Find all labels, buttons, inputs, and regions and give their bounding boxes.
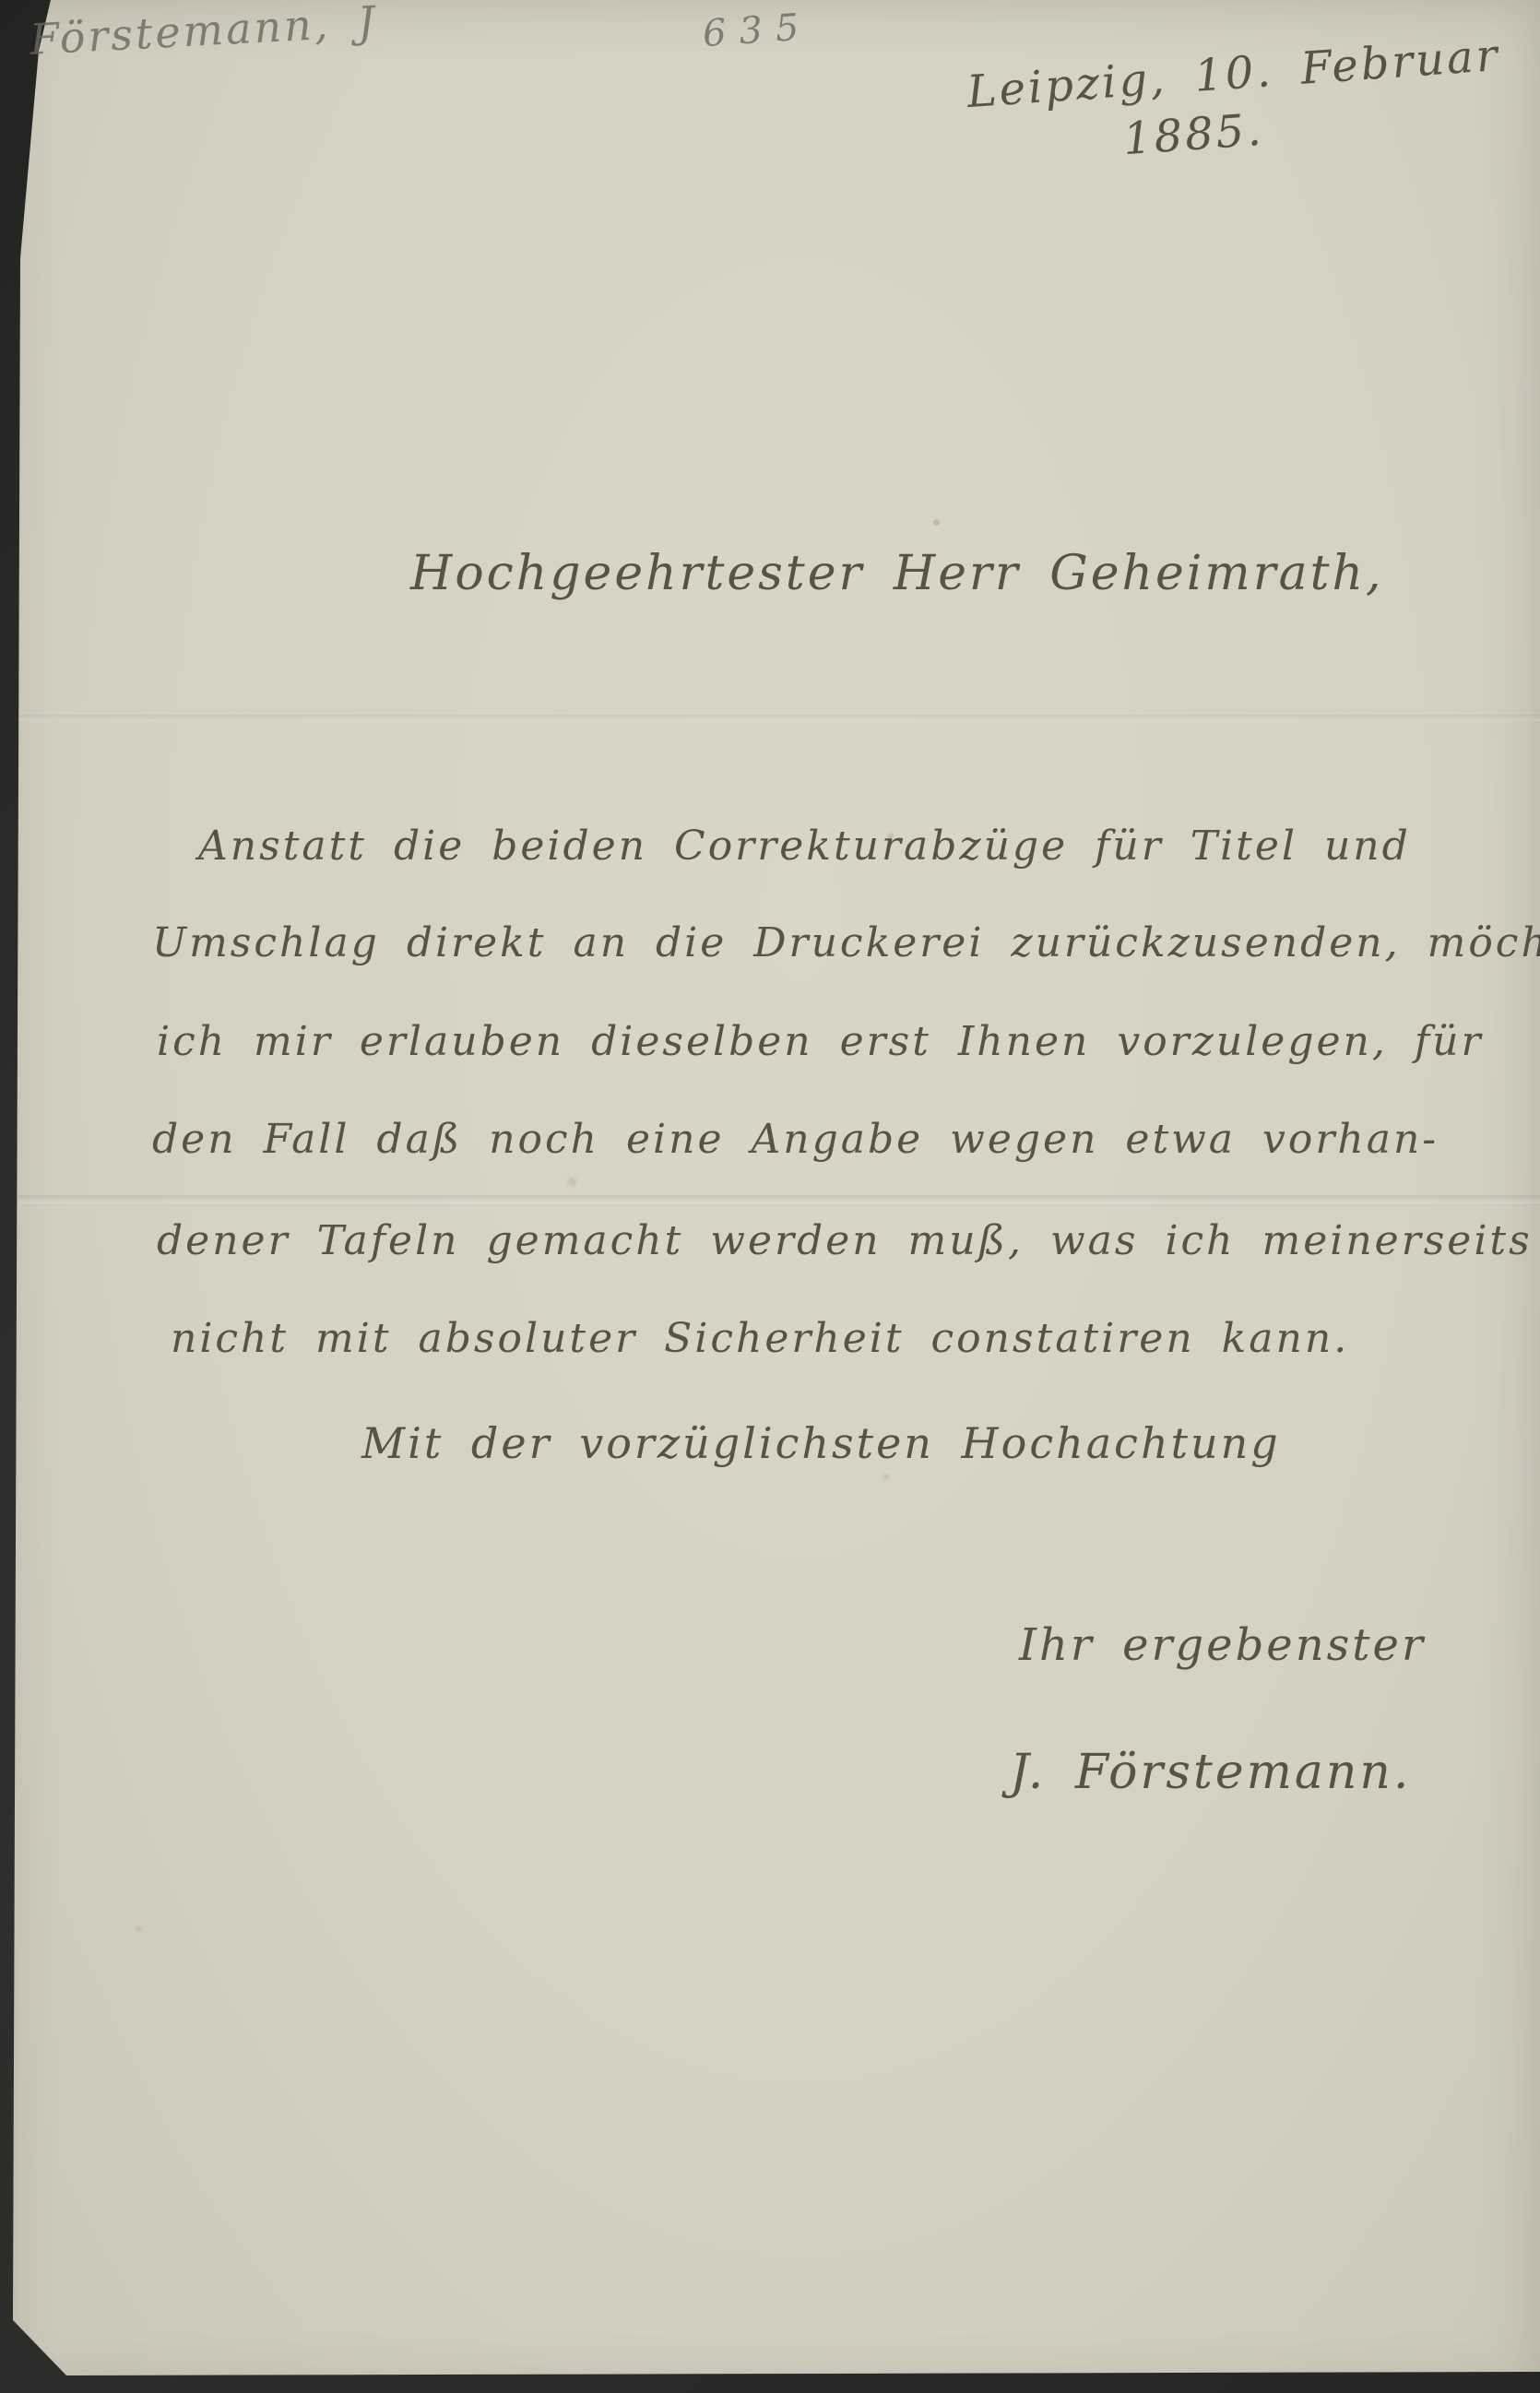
letter-paper-sheet <box>0 0 1540 2393</box>
letter-salutation: Hochgeehrtester Herr Geheimrath, <box>410 546 1384 601</box>
letter-valediction: Ihr ergebenster <box>1019 1619 1426 1671</box>
paper-foxing-spots <box>933 519 940 526</box>
letter-closing-formula: Mit der vorzüglichsten Hochachtung <box>361 1418 1281 1468</box>
letter-body-line: ich mir erlauben dieselben erst Ihnen vo… <box>157 1018 1484 1065</box>
letter-signature: J. Förstemann. <box>1010 1745 1411 1800</box>
letter-body-line: Anstatt die beiden Correkturabzüge für T… <box>198 823 1411 870</box>
letter-body-line: Umschlag direkt an die Druckerei zurückz… <box>152 919 1540 966</box>
scanned-letter-page: Förstemann, J 635 Leipzig, 10. Februar 1… <box>0 0 1540 2393</box>
letter-body-line: dener Tafeln gemacht werden muß, was ich… <box>157 1217 1533 1264</box>
letter-body-line: den Fall daß noch eine Angabe wegen etwa… <box>152 1116 1439 1163</box>
letter-date-year: 1885. <box>1121 104 1265 165</box>
archival-catalog-number: 635 <box>702 6 813 55</box>
letter-body-line: nicht mit absoluter Sicherheit constatir… <box>171 1315 1349 1362</box>
